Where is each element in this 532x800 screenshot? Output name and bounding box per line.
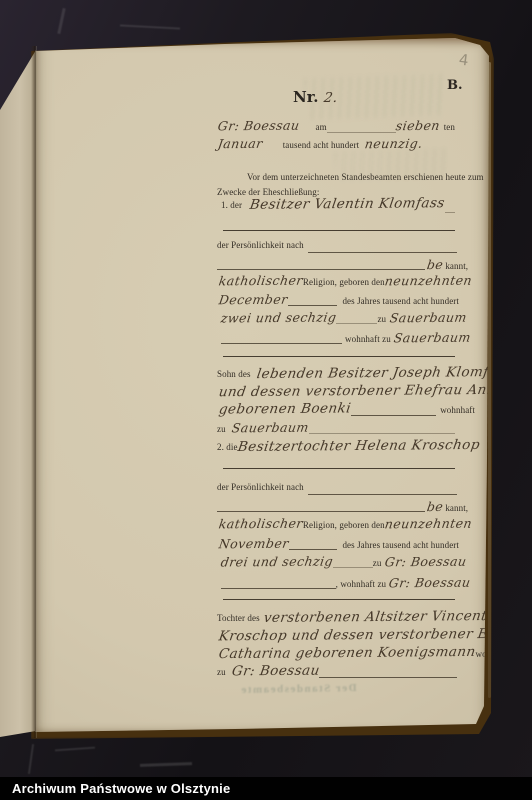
cover-scratch bbox=[55, 747, 95, 752]
groom-parents-label: Sohn des bbox=[217, 369, 251, 379]
residence-label: wohnhaft zu bbox=[345, 334, 391, 344]
cover-scratch bbox=[28, 744, 34, 774]
blank-rule bbox=[309, 420, 455, 437]
groom-birth-place-entry: Sauerbaum bbox=[389, 310, 468, 326]
bride-known-line: be kannt, bbox=[217, 499, 470, 515]
bride-name-line: 2. die Besitzertochter Helena Kroschop bbox=[217, 438, 467, 458]
bride-parents-label: Tochter des bbox=[217, 613, 260, 623]
blank-rule bbox=[217, 499, 425, 515]
birth-year-label: des Jahres tausend acht hundert bbox=[342, 296, 459, 306]
am-label: am bbox=[316, 122, 327, 132]
groom-name-line: 1. der Besitzer Valentin Klomfass bbox=[221, 196, 455, 216]
record-number-label: Nr. bbox=[293, 88, 318, 106]
ten-label: ten bbox=[444, 122, 455, 132]
zu-label: zu bbox=[373, 558, 382, 568]
groom-birthdate-line: December des Jahres tausend acht hundert bbox=[219, 292, 459, 309]
groom-parents-entry-3: geborenen Boenki bbox=[218, 400, 353, 417]
birth-year-label: des Jahres tausend acht hundert bbox=[342, 540, 459, 550]
groom-religion-line: katholischer Religion, geboren den neunz… bbox=[219, 273, 471, 290]
known-label: kannt, bbox=[445, 503, 468, 513]
scan-viewport: 4 B. Nr. 2. Gr: Boessau am sieben ten Ja… bbox=[0, 0, 532, 800]
blank-rule bbox=[333, 554, 373, 571]
century-label: tausend acht hundert bbox=[283, 140, 359, 150]
bride-birthyear-line: drei und sechzig zu Gr: Boessau bbox=[221, 554, 467, 571]
religion-label: Religion, geboren den bbox=[303, 277, 385, 287]
day-entry: sieben bbox=[395, 118, 441, 133]
archive-bar-label: Archiwum Państwowe w Olsztynie bbox=[12, 781, 230, 796]
zu-label: zu bbox=[217, 667, 226, 677]
groom-residence-line: wohnhaft zu Sauerbaum bbox=[221, 330, 471, 347]
section-rule bbox=[223, 230, 455, 231]
pencil-mark: 4 bbox=[458, 50, 470, 69]
blank-rule bbox=[336, 310, 377, 327]
blank-rule bbox=[308, 240, 457, 256]
groom-index-label: 1. der bbox=[221, 200, 242, 210]
zu-label: zu bbox=[377, 314, 386, 324]
month-entry: Januar bbox=[217, 136, 264, 151]
bride-residence-entry: Gr: Boessau bbox=[388, 575, 472, 591]
page-stack-edge bbox=[488, 62, 491, 698]
religion-label: Religion, geboren den bbox=[303, 520, 385, 530]
section-rule bbox=[223, 468, 455, 469]
groom-parents-line-1: Sohn des lebenden Besitzer Joseph Klomfa… bbox=[217, 365, 511, 383]
wohnhaft-label: wohnhaft bbox=[440, 405, 475, 415]
bride-identity-line: der Persönlichkeit nach bbox=[217, 482, 457, 498]
bride-birth-day-entry: neunzehnten bbox=[384, 516, 473, 532]
groom-known-line: be kannt, bbox=[217, 257, 470, 273]
section-rule bbox=[223, 599, 455, 600]
bride-birthdate-line: November des Jahres tausend acht hundert bbox=[219, 536, 459, 553]
groom-parents-residence-entry: Sauerbaum bbox=[231, 420, 310, 436]
page-fold-shadow bbox=[31, 46, 37, 738]
blank-rule bbox=[289, 536, 337, 553]
bride-known-entry: be bbox=[426, 499, 445, 514]
registry-place-entry: Gr: Boessau bbox=[217, 118, 301, 134]
groom-parents-line-3: geborenen Boenki wohnhaft bbox=[219, 401, 475, 419]
bride-parents-line-1: Tochter des verstorbenen Altsitzer Vince… bbox=[217, 609, 487, 627]
groom-birthyear-line: zwei und sechzig zu Sauerbaum bbox=[221, 310, 467, 327]
registry-place-date-line: Gr: Boessau am sieben ten bbox=[218, 118, 455, 136]
bride-parents-entry-1: verstorbenen Altsitzer Vincent bbox=[262, 608, 488, 626]
archive-bar: Archiwum Państwowe w Olsztynie bbox=[0, 777, 532, 800]
bride-birth-month-entry: November bbox=[218, 536, 290, 552]
corner-letter: B. bbox=[447, 78, 463, 93]
zu-label: zu bbox=[217, 424, 226, 434]
bride-parents-entry-3: Catharina geborenen Koenigsmann bbox=[218, 644, 477, 662]
groom-parents-entry-2: und dessen verstorbener Ehefrau Anna bbox=[218, 382, 506, 400]
blank-rule bbox=[288, 292, 337, 309]
blank-rule bbox=[221, 330, 342, 347]
identity-label: der Persönlichkeit nach bbox=[217, 240, 304, 250]
bride-parents-residence-entry: Gr: Boessau bbox=[230, 663, 320, 680]
cover-scratch bbox=[57, 8, 65, 34]
bride-parents-residence-line: zu Gr: Boessau bbox=[217, 663, 457, 681]
registrar-intro-line-1: Vor dem unterzeichneten Standesbeamten e… bbox=[247, 172, 484, 188]
blank-rule bbox=[351, 401, 436, 419]
record-number-value: 2. bbox=[323, 90, 339, 106]
groom-religion-entry: katholischer bbox=[218, 273, 304, 289]
bride-index-label: 2. die bbox=[217, 442, 238, 452]
known-label: kannt, bbox=[445, 261, 468, 271]
bride-birth-year-entry: drei und sechzig bbox=[220, 554, 334, 570]
groom-identity-line: der Persönlichkeit nach bbox=[217, 240, 457, 256]
registry-year-line: Januar tausend acht hundert neunzig. bbox=[218, 136, 463, 154]
groom-known-entry: be bbox=[426, 257, 445, 272]
bride-birth-place-entry: Gr: Boessau bbox=[384, 554, 468, 570]
residence-label: , wohnhaft zu bbox=[336, 579, 387, 589]
groom-parents-residence-line: zu Sauerbaum bbox=[217, 420, 455, 437]
bride-parents-line-3: Catharina geborenen Koenigsmann wohnhaft bbox=[219, 645, 477, 663]
blank-rule bbox=[308, 482, 457, 498]
intro-text-1: Vor dem unterzeichneten Standesbeamten e… bbox=[247, 172, 484, 182]
record-number-line: Nr. 2. bbox=[293, 88, 338, 108]
groom-name-entry: Besitzer Valentin Klomfass bbox=[249, 195, 446, 213]
cover-scratch bbox=[120, 24, 180, 29]
groom-birth-month-entry: December bbox=[218, 292, 289, 308]
bride-residence-line: , wohnhaft zu Gr: Boessau bbox=[221, 575, 471, 592]
groom-birth-year-entry: zwei und sechzig bbox=[220, 309, 338, 325]
blank-rule bbox=[221, 575, 336, 592]
bleedthrough-stamp: Der Standesbeamte bbox=[240, 682, 357, 696]
blank-rule bbox=[445, 196, 455, 216]
blank-rule bbox=[217, 257, 425, 273]
groom-residence-entry: Sauerbaum bbox=[393, 330, 472, 346]
year-entry: neunzig. bbox=[364, 136, 424, 152]
document-page: 4 B. Nr. 2. Gr: Boessau am sieben ten Ja… bbox=[35, 38, 489, 735]
blank-rule bbox=[319, 663, 457, 681]
cover-scratch bbox=[140, 762, 192, 767]
bride-religion-line: katholischer Religion, geboren den neunz… bbox=[219, 516, 471, 533]
bride-religion-entry: katholischer bbox=[218, 516, 304, 532]
wohnhaft-label: wohnhaft bbox=[475, 649, 510, 659]
bride-name-entry: Besitzertochter Helena Kroschop bbox=[236, 437, 481, 455]
identity-label: der Persönlichkeit nach bbox=[217, 482, 304, 492]
groom-birth-day-entry: neunzehnten bbox=[384, 273, 473, 289]
blank-rule bbox=[327, 118, 396, 136]
groom-parents-line-2: und dessen verstorbener Ehefrau Anna bbox=[219, 383, 504, 401]
groom-parents-entry-1: lebenden Besitzer Joseph Klomfass bbox=[255, 364, 513, 382]
section-rule bbox=[223, 356, 455, 357]
